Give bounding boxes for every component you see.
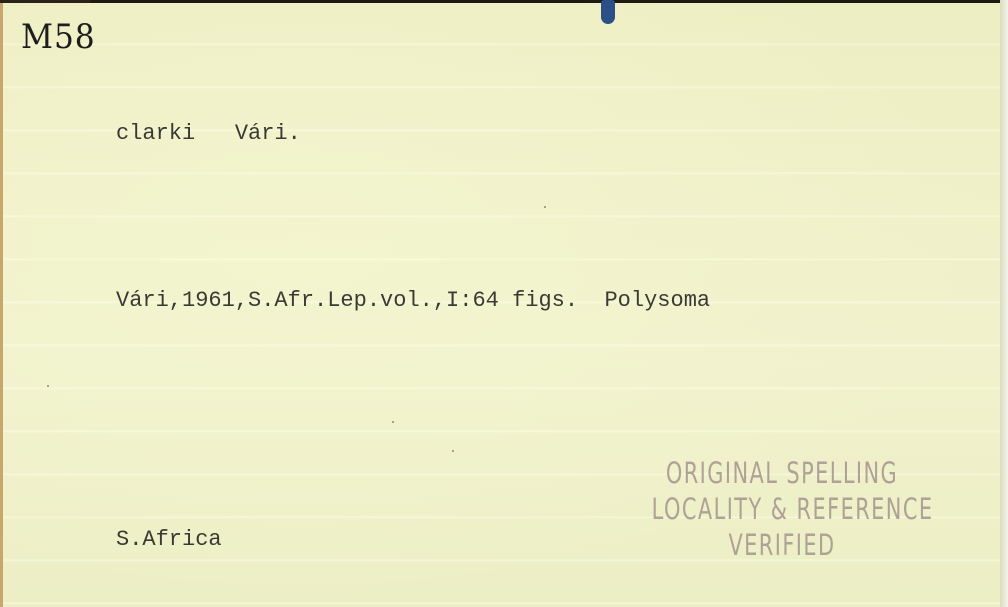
paper-speck <box>544 206 546 208</box>
catalog-code: M58 <box>21 17 96 57</box>
stamp-line-2: LOCALITY & REFERENCE <box>652 491 913 527</box>
reference-citation: Vári,1961,S.Afr.Lep.vol.,I:64 figs. Poly… <box>116 288 710 313</box>
locality: S.Africa <box>116 527 222 552</box>
verification-stamp: ORIGINAL SPELLING LOCALITY & REFERENCE V… <box>652 455 913 563</box>
card-top-edge <box>90 0 1008 3</box>
paper-speck <box>47 385 49 387</box>
stamp-line-1: ORIGINAL SPELLING <box>652 455 913 491</box>
blue-ink-mark <box>601 0 615 24</box>
card-right-edge <box>1000 0 1008 607</box>
stamp-line-3: VERIFIED <box>652 527 913 563</box>
index-card: M58 clarki Vári. Vári,1961,S.Afr.Lep.vol… <box>0 3 1000 607</box>
species-name: clarki Vári. <box>116 121 301 146</box>
paper-speck <box>452 450 454 452</box>
paper-speck <box>392 421 394 423</box>
